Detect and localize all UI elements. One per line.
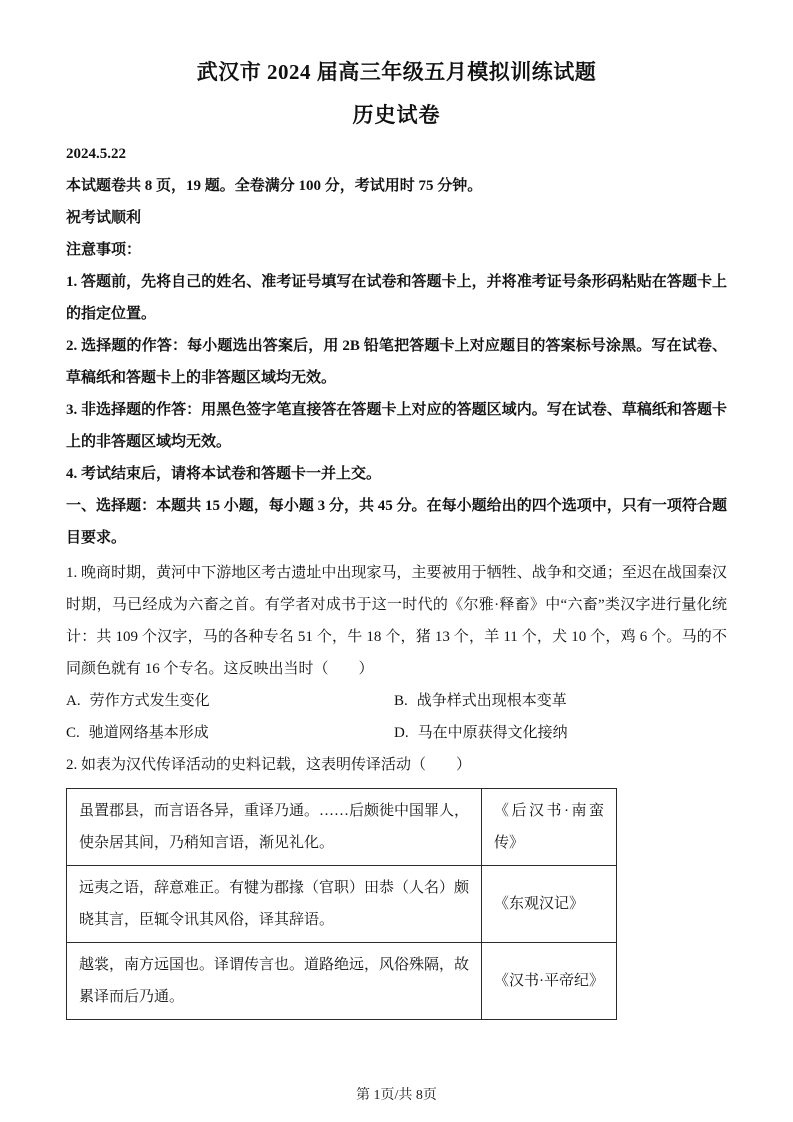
option-a: A.劳作方式发生变化 [66,685,394,717]
option-d: D.马在中原获得文化接纳 [394,717,727,749]
question-1-stem: 1. 晚商时期，黄河中下游地区考古遗址中出现家马，主要被用于牺牲、战争和交通；至… [66,557,727,685]
option-c-text: 驰道网络基本形成 [89,725,209,741]
table-row: 远夷之语，辞意难正。有犍为郡掾（官职）田恭（人名）颇晓其言，臣辄令讯其风俗，译其… [67,866,617,943]
exam-paper-page: 武汉市 2024 届高三年级五月模拟训练试题 历史试卷 2024.5.22 本试… [0,0,793,1122]
table-cell-record: 越裳，南方远国也。译谓传言也。道路绝远，风俗殊隔，故累译而后乃通。 [67,943,482,1020]
option-b-label: B. [394,693,408,709]
notices-heading: 注意事项： [66,234,727,266]
option-b: B.战争样式出现根本变革 [394,685,727,717]
exam-info-line: 本试题卷共 8 页，19 题。全卷满分 100 分，考试用时 75 分钟。 [66,170,727,202]
paper-subtitle: 历史试卷 [66,92,727,138]
question-2-source-table: 虽置郡县，而言语各异，重译乃通。……后颇徙中国罪人，使杂居其间，乃稍知言语，渐见… [66,788,617,1020]
option-d-text: 马在中原获得文化接纳 [418,725,568,741]
good-luck-line: 祝考试顺利 [66,202,727,234]
section-1-heading: 一、选择题：本题共 15 小题，每小题 3 分，共 45 分。在每小题给出的四个… [66,490,727,554]
table-cell-source: 《后汉书·南蛮传》 [482,789,617,866]
question-2-stem: 2. 如表为汉代传译活动的史料记载，这表明传译活动（ ） [66,749,727,781]
table-cell-source: 《东观汉记》 [482,866,617,943]
option-c-label: C. [66,725,80,741]
exam-date: 2024.5.22 [66,138,727,170]
notice-item-4: 4. 考试结束后，请将本试卷和答题卡一并上交。 [66,458,727,490]
table-cell-record: 虽置郡县，而言语各异，重译乃通。……后颇徙中国罪人，使杂居其间，乃稍知言语，渐见… [67,789,482,866]
option-c: C.驰道网络基本形成 [66,717,394,749]
notice-item-1: 1. 答题前，先将自己的姓名、准考证号填写在试卷和答题卡上，并将准考证号条形码粘… [66,266,727,330]
table-cell-source: 《汉书·平帝纪》 [482,943,617,1020]
notice-item-2: 2. 选择题的作答：每小题选出答案后，用 2B 铅笔把答题卡上对应题目的答案标号… [66,330,727,394]
table-cell-record: 远夷之语，辞意难正。有犍为郡掾（官职）田恭（人名）颇晓其言，臣辄令讯其风俗，译其… [67,866,482,943]
question-1-options: A.劳作方式发生变化 B.战争样式出现根本变革 C.驰道网络基本形成 D.马在中… [66,685,727,749]
table-row: 虽置郡县，而言语各异，重译乃通。……后颇徙中国罪人，使杂居其间，乃稍知言语，渐见… [67,789,617,866]
paper-title: 武汉市 2024 届高三年级五月模拟训练试题 [66,0,727,92]
page-number-indicator: 第 1页/共 8页 [0,1084,793,1104]
option-b-text: 战争样式出现根本变革 [417,693,567,709]
option-a-label: A. [66,693,81,709]
option-d-label: D. [394,725,409,741]
option-a-text: 劳作方式发生变化 [90,693,210,709]
notice-item-3: 3. 非选择题的作答：用黑色签字笔直接答在答题卡上对应的答题区域内。写在试卷、草… [66,394,727,458]
table-row: 越裳，南方远国也。译谓传言也。道路绝远，风俗殊隔，故累译而后乃通。 《汉书·平帝… [67,943,617,1020]
